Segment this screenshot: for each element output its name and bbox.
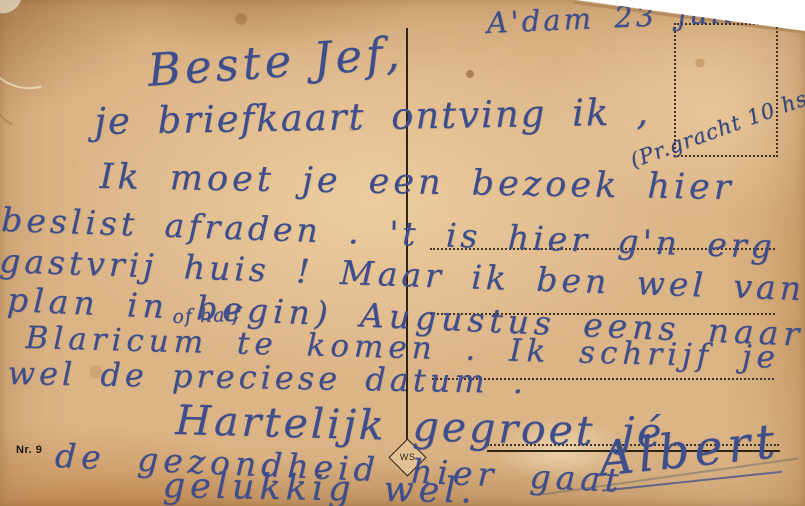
salutation: Beste Jef, (146, 26, 405, 97)
postcard-scan: WS Nr. 9 A'dam 23 juli '5 ƒ Beste Jef, j… (0, 0, 805, 506)
corner-chip (0, 0, 25, 18)
health-line-2: gelukkig wel. (162, 466, 477, 506)
series-number: Nr. 9 (16, 444, 42, 456)
message-line-7: wel de preciese datum . (7, 354, 527, 401)
message-line-1: je briefkaart ontving ik , (94, 90, 650, 143)
